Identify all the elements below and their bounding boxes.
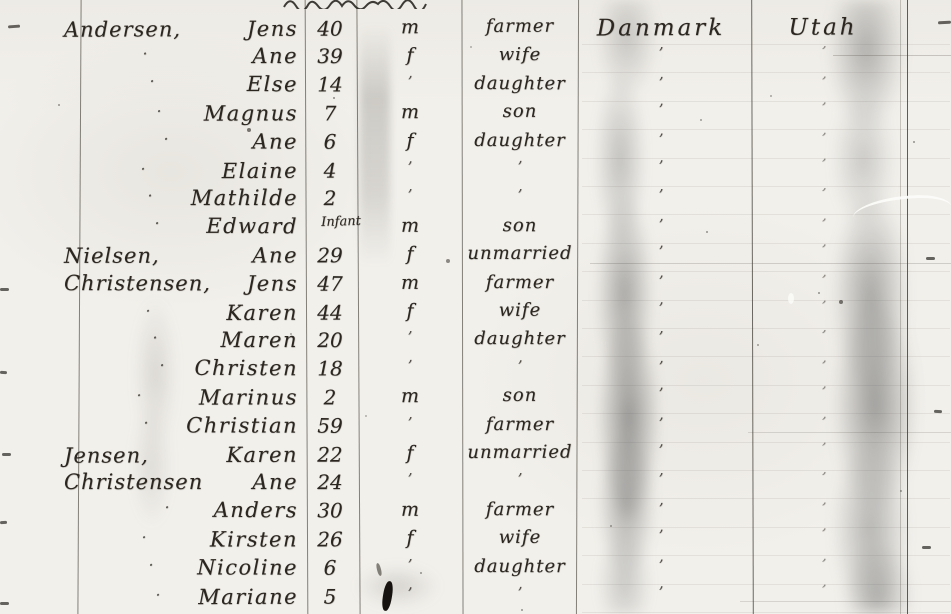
cell-occupation: ’ xyxy=(462,186,578,204)
cell-given: Else xyxy=(140,71,298,96)
cell-occupation: ’ xyxy=(462,158,578,176)
cell-given: Marinus xyxy=(140,386,298,410)
table-row: ·Ane39fwife’’ xyxy=(0,44,951,74)
cell-given: Anders xyxy=(140,497,298,522)
cell-birthplace: ’ xyxy=(580,44,742,62)
cell-age: 22 xyxy=(302,442,358,466)
cell-birthplace: ’ xyxy=(580,527,742,545)
cell-birthplace: ’ xyxy=(580,385,742,403)
cell-given: Karen xyxy=(140,301,298,326)
cell-sex: f xyxy=(358,44,462,66)
cell-age: 7 xyxy=(302,101,358,125)
cell-birthplace: ’ xyxy=(580,101,742,119)
cell-given: Jens xyxy=(140,17,298,42)
cell-occupation: unmarried xyxy=(462,243,578,264)
cell-occupation: wife xyxy=(462,300,578,321)
cell-occupation: farmer xyxy=(462,16,578,37)
cell-sex: m xyxy=(358,385,462,407)
cell-birthplace: ’ xyxy=(580,157,742,176)
cell-birthplace: ’ xyxy=(580,328,742,346)
cell-age: 59 xyxy=(302,413,358,437)
cell-occupation: daughter xyxy=(462,130,578,151)
cell-sex: ’ xyxy=(358,470,462,488)
cell-occupation: farmer xyxy=(462,272,578,293)
cell-given: Christen xyxy=(140,355,298,380)
cell-sex: ’ xyxy=(358,158,462,176)
cell-age: 39 xyxy=(302,44,358,68)
cell-birthplace: ’ xyxy=(580,441,742,460)
cell-birthplace: ’ xyxy=(580,470,742,488)
cell-given: Kirsten xyxy=(140,528,298,552)
cell-given: Mariane xyxy=(140,585,298,610)
cell-birthplace: ’ xyxy=(580,243,742,261)
cell-birthplace: ’ xyxy=(580,499,742,518)
cell-sex: ’ xyxy=(358,328,462,346)
cell-given: Nicoline xyxy=(140,555,298,579)
cell-birthplace: ’ xyxy=(580,272,742,290)
cell-sex: m xyxy=(358,271,462,293)
cell-occupation: farmer xyxy=(462,499,578,520)
cell-given: Jens xyxy=(140,271,298,295)
cell-occupation: daughter xyxy=(462,73,578,94)
cell-sex: f xyxy=(358,243,462,265)
cell-birthplace: ’ xyxy=(580,73,742,92)
cell-sex: m xyxy=(358,101,462,123)
cell-birthplace: ’ xyxy=(580,414,742,432)
table-row: ·Mathilde2’’’’ xyxy=(0,186,951,216)
cell-birthplace: ’ xyxy=(580,583,742,602)
cell-age: 2 xyxy=(302,186,358,210)
cell-age: 26 xyxy=(302,527,358,551)
cell-occupation: ’ xyxy=(462,357,578,375)
cell-sex: ’ xyxy=(358,584,462,602)
cell-sex: ’ xyxy=(358,413,462,431)
cell-given: Magnus xyxy=(140,102,298,126)
cell-sex: f xyxy=(358,442,462,464)
cell-sex: ’ xyxy=(358,555,462,573)
cell-age: 30 xyxy=(302,498,358,522)
cell-sex: f xyxy=(358,129,462,151)
cell-given: Edward xyxy=(140,213,298,238)
cell-occupation: son xyxy=(462,215,578,236)
cell-occupation: wife xyxy=(462,527,578,548)
cell-sex: m xyxy=(358,214,462,236)
cell-occupation: farmer xyxy=(462,414,578,435)
cell-birthplace: Danmark xyxy=(580,15,742,42)
census-table-rows: Andersen,Jens40mfarmerDanmarkUtah·Ane39f… xyxy=(0,0,951,614)
cell-given: Ane xyxy=(140,44,298,68)
cell-age: 18 xyxy=(302,356,358,380)
cell-sex: ’ xyxy=(358,72,462,90)
cell-occupation: son xyxy=(462,101,578,122)
cell-age: 47 xyxy=(302,271,358,295)
cell-occupation: daughter xyxy=(462,328,578,349)
census-page-scan: Andersen,Jens40mfarmerDanmarkUtah·Ane39f… xyxy=(0,0,951,614)
cell-age: 6 xyxy=(302,555,358,579)
cell-age: 5 xyxy=(302,584,358,608)
cell-sex: m xyxy=(358,498,462,520)
cell-occupation: ’ xyxy=(462,470,578,488)
cell-birthplace: ’ xyxy=(580,556,742,574)
cell-sex: ’ xyxy=(358,356,462,374)
cell-birthplace: ’ xyxy=(580,357,742,376)
cell-birthplace: ’ xyxy=(580,186,742,204)
cell-given: Elaine xyxy=(140,159,298,184)
cell-age: 24 xyxy=(302,470,358,494)
table-row: ChristensenAne24’’’’ xyxy=(0,470,951,500)
cell-given: Christian xyxy=(140,413,298,437)
cell-age: 4 xyxy=(302,158,358,182)
cell-given: Mathilde xyxy=(140,186,298,210)
cell-sex: ’ xyxy=(358,186,462,204)
cell-sex: f xyxy=(358,300,462,322)
cell-age: 29 xyxy=(302,243,358,267)
cell-age: 20 xyxy=(302,328,358,352)
cell-sex: m xyxy=(358,16,462,38)
cell-given: Ane xyxy=(140,470,298,494)
cell-birthplace: ’ xyxy=(580,130,742,148)
cell-occupation: wife xyxy=(462,44,578,65)
cell-age: 40 xyxy=(302,16,358,40)
cell-birthplace: ’ xyxy=(580,299,742,318)
cell-age: 6 xyxy=(302,129,358,153)
cell-sex: f xyxy=(358,527,462,549)
cell-given: Maren xyxy=(140,328,298,352)
cell-occupation: daughter xyxy=(462,556,578,577)
cell-age: 14 xyxy=(302,72,358,96)
cell-given: Ane xyxy=(140,244,298,268)
cell-given: Ane xyxy=(140,129,298,153)
table-row: ·Maren20’daughter’’ xyxy=(0,328,951,358)
cell-age: 2 xyxy=(302,385,358,409)
table-row: ·Mariane5’’’’ xyxy=(0,582,951,614)
cell-occupation: unmarried xyxy=(462,442,578,463)
cell-occupation: son xyxy=(462,385,578,406)
cell-birthplace: ’ xyxy=(580,215,742,234)
cell-given: Karen xyxy=(140,443,298,468)
cell-age: 44 xyxy=(302,300,358,324)
cell-occupation: ’ xyxy=(462,584,578,602)
